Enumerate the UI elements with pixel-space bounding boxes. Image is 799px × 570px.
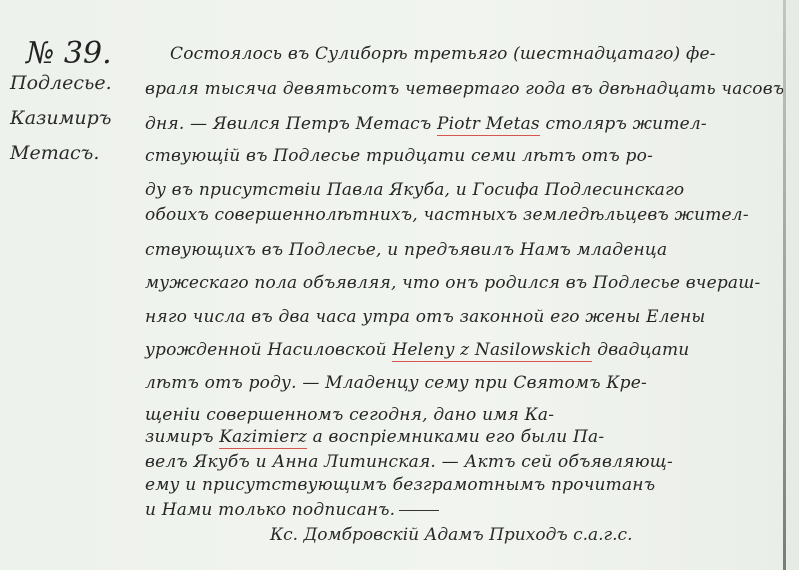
text-segment: урожденной Насиловской (145, 340, 392, 360)
text-line: Состоялось въ Сулиборѣ третьяго (шестнад… (170, 44, 716, 64)
text-line: ствующій въ Подлесье тридцати семи лѣтъ … (145, 146, 653, 166)
text-segment: двадцати (592, 340, 690, 360)
closing-dash (399, 510, 439, 511)
text-segment: а воспріемниками его были Па- (307, 427, 604, 447)
text-segment: и Нами только подписанъ. (145, 500, 395, 520)
text-line: ему и присутствующимъ безграмотнымъ проч… (145, 475, 655, 495)
text-line: велъ Якубъ и Анна Литинская. — Актъ сей … (145, 452, 673, 472)
text-line: и Нами только подписанъ. (145, 500, 439, 520)
text-line: дня. — Явился Петръ Метасъ Piotr Metas с… (145, 114, 707, 134)
margin-village: Подлесье. (10, 72, 112, 94)
margin-child-name: Казимиръ (10, 107, 111, 129)
text-line: лѣтъ отъ роду. — Младенцу сему при Свято… (145, 373, 647, 393)
next-page-edge (787, 0, 799, 570)
text-segment: зимиръ (145, 427, 219, 447)
text-line: урожденной Насиловской Heleny z Nasilows… (145, 340, 689, 360)
text-line: ствующихъ въ Подлесье, и предъявилъ Намъ… (145, 240, 667, 260)
page-fold (783, 0, 786, 570)
text-line: няго числа въ два часа утра отъ законной… (145, 307, 705, 327)
text-line: обоихъ совершеннолѣтнихъ, частныхъ земле… (145, 205, 749, 225)
text-segment: дня. — Явился Петръ Метасъ (145, 114, 437, 134)
text-line: ду въ присутствіи Павла Якуба, и Госифа … (145, 180, 684, 200)
latin-name-child: Kazimierz (219, 427, 307, 449)
latin-name-mother: Heleny z Nasilowskich (392, 340, 591, 362)
latin-name-father: Piotr Metas (437, 114, 540, 136)
text-line: щеніи совершенномъ сегодня, дано имя Ка- (145, 405, 554, 425)
priest-signature: Кс. Домбровскій Адамъ Приходъ с.а.г.с. (270, 525, 632, 545)
text-line: мужескаго пола объявляя, что онъ родился… (145, 273, 761, 293)
margin-surname: Метасъ. (10, 142, 99, 164)
register-page: № 39. Подлесье. Казимиръ Метасъ. Состоял… (0, 0, 799, 570)
entry-number: № 39. (26, 36, 112, 71)
text-line: зимиръ Kazimierz а воспріемниками его бы… (145, 427, 604, 447)
text-line: враля тысяча девятьсотъ четвертаго года … (145, 79, 784, 99)
text-segment: столяръ жител- (540, 114, 707, 134)
